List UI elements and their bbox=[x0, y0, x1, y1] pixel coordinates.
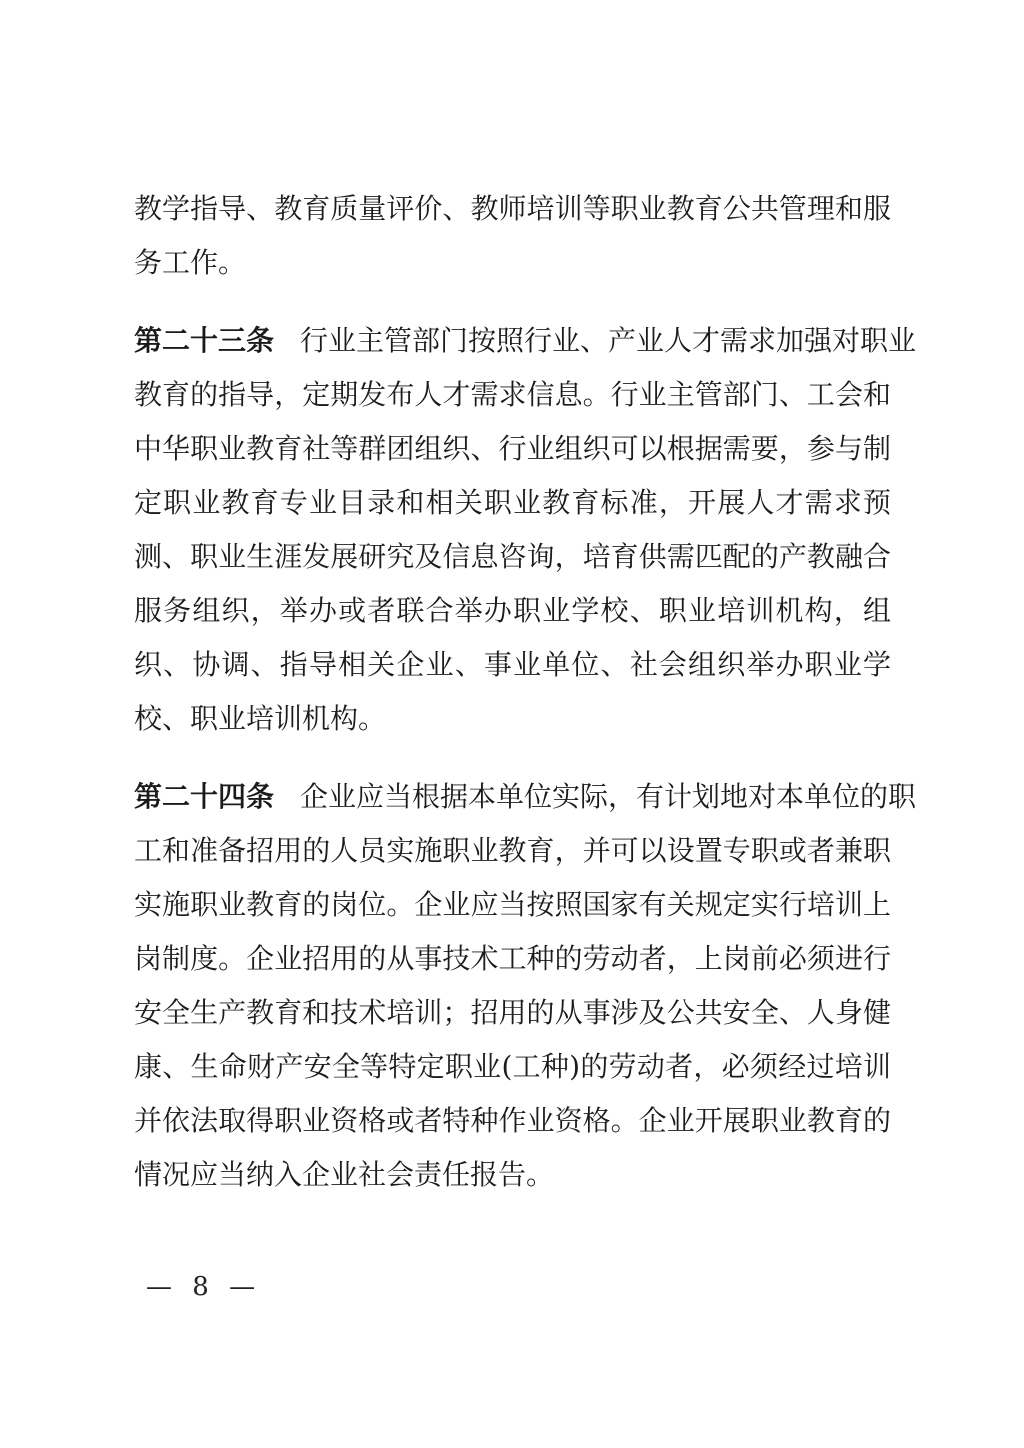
article-number: 第二十四条 bbox=[134, 780, 274, 813]
text-line: 并依法取得职业资格或者特种作业资格。企业开展职业教育的 bbox=[134, 1094, 891, 1148]
text-line: 第二十四条企业应当根据本单位实际，有计划地对本单位的职 bbox=[134, 770, 891, 824]
article-number: 第二十三条 bbox=[134, 324, 274, 357]
text-line: 岗制度。企业招用的从事技术工种的劳动者，上岗前必须进行 bbox=[134, 932, 891, 986]
text-line: 实施职业教育的岗位。企业应当按照国家有关规定实行培训上 bbox=[134, 878, 891, 932]
paragraph: 第二十三条行业主管部门按照行业、产业人才需求加强对职业教育的指导，定期发布人才需… bbox=[134, 314, 891, 746]
paragraph: 第二十四条企业应当根据本单位实际，有计划地对本单位的职工和准备招用的人员实施职业… bbox=[134, 770, 891, 1202]
paragraph: 教学指导、教育质量评价、教师培训等职业教育公共管理和服务工作。 bbox=[134, 182, 891, 290]
text-line: 中华职业教育社等群团组织、行业组织可以根据需要，参与制 bbox=[134, 422, 891, 476]
text-line: 服务组织，举办或者联合举办职业学校、职业培训机构，组 bbox=[134, 584, 891, 638]
text-line: 第二十三条行业主管部门按照行业、产业人才需求加强对职业 bbox=[134, 314, 891, 368]
text-line: 定职业教育专业目录和相关职业教育标准，开展人才需求预 bbox=[134, 476, 891, 530]
document-page: 教学指导、教育质量评价、教师培训等职业教育公共管理和服务工作。第二十三条行业主管… bbox=[0, 0, 1024, 1448]
text-line: 安全生产教育和技术培训；招用的从事涉及公共安全、人身健 bbox=[134, 986, 891, 1040]
text-line: 织、协调、指导相关企业、事业单位、社会组织举办职业学 bbox=[134, 638, 891, 692]
text-line: 工和准备招用的人员实施职业教育，并可以设置专职或者兼职 bbox=[134, 824, 891, 878]
page-number: — 8 — bbox=[146, 1272, 261, 1302]
text-line: 校、职业培训机构。 bbox=[134, 692, 891, 746]
text-line: 康、生命财产安全等特定职业(工种)的劳动者，必须经过培训 bbox=[134, 1040, 891, 1094]
document-body: 教学指导、教育质量评价、教师培训等职业教育公共管理和服务工作。第二十三条行业主管… bbox=[134, 182, 891, 1202]
text-line: 务工作。 bbox=[134, 236, 891, 290]
text-line: 测、职业生涯发展研究及信息咨询，培育供需匹配的产教融合 bbox=[134, 530, 891, 584]
text-line: 教育的指导，定期发布人才需求信息。行业主管部门、工会和 bbox=[134, 368, 891, 422]
text-line: 情况应当纳入企业社会责任报告。 bbox=[134, 1148, 891, 1202]
text-line: 教学指导、教育质量评价、教师培训等职业教育公共管理和服 bbox=[134, 182, 891, 236]
